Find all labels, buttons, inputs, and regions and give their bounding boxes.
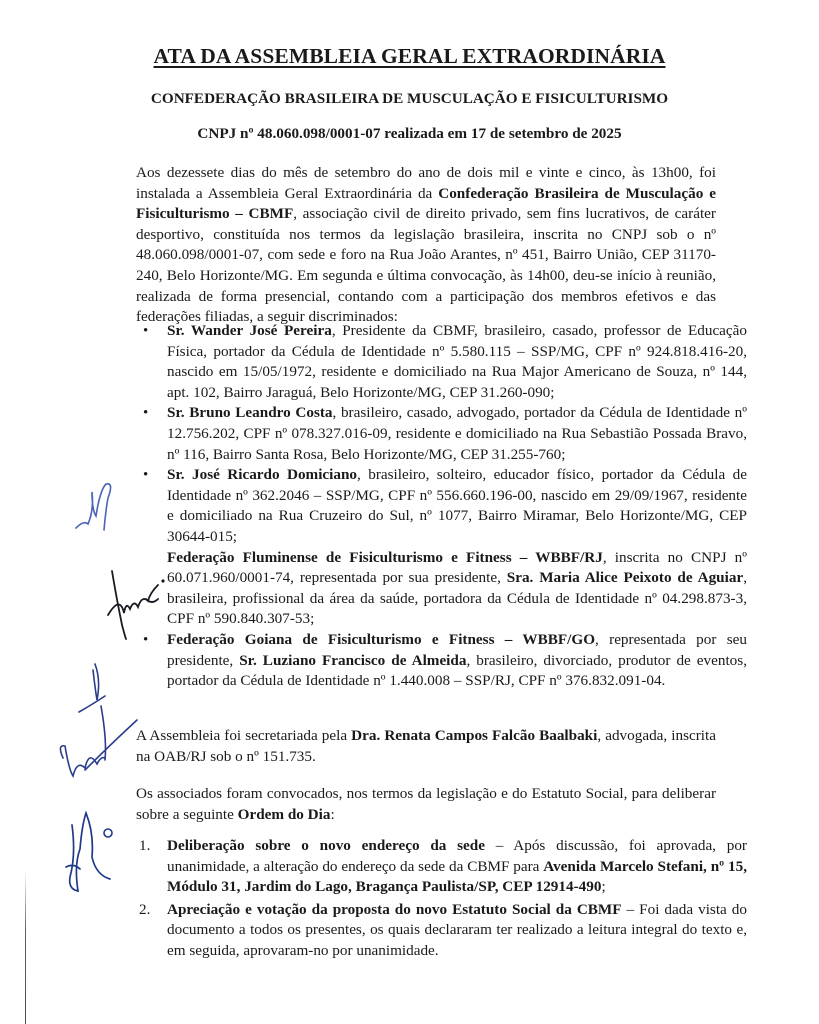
convocation-text: Os associados foram convocados, nos term… <box>136 785 716 823</box>
member-name: Federação Fluminense de Fisiculturismo e… <box>167 549 603 566</box>
member-name: Sr. Wander José Pereira <box>167 322 332 339</box>
signature-initials-icon <box>70 470 130 540</box>
cnpj-date-line: CNPJ nº 48.060.098/0001-07 realizada em … <box>0 125 819 143</box>
convocation-paragraph: Os associados foram convocados, nos term… <box>136 784 716 825</box>
secretary-paragraph: A Assembleia foi secretariada pela Dra. … <box>136 726 716 767</box>
agenda-number: 1. <box>139 836 150 857</box>
representative-name: Sr. Luziano Francisco de Almeida <box>239 652 466 669</box>
agenda-list: 1.Deliberação sobre o novo endereço da s… <box>136 836 747 964</box>
signature-aguiar-icon <box>100 565 170 645</box>
convocation-text: : <box>330 806 334 823</box>
agenda-number: 2. <box>139 900 150 921</box>
list-item: Federação Goiana de Fisiculturismo e Fit… <box>167 630 747 692</box>
list-item: Sr. Bruno Leandro Costa, brasileiro, cas… <box>167 403 747 465</box>
list-item: Federação Fluminense de Fisiculturismo e… <box>167 548 747 630</box>
agenda-heading: Deliberação sobre o novo endereço da sed… <box>167 837 485 854</box>
agenda-heading: Apreciação e votação da proposta do novo… <box>167 901 622 918</box>
document-title: ATA DA ASSEMBLEIA GERAL EXTRAORDINÁRIA <box>0 44 819 69</box>
agenda-text: ; <box>601 878 605 895</box>
member-name: Federação Goiana de Fisiculturismo e Fit… <box>167 631 595 648</box>
member-name: Sr. José Ricardo Domiciano <box>167 466 357 483</box>
members-list: Sr. Wander José Pereira, Presidente da C… <box>136 321 747 692</box>
signature-initials-icon <box>50 805 120 900</box>
agenda-item: 1.Deliberação sobre o novo endereço da s… <box>167 836 747 898</box>
page-edge-shadow <box>25 870 26 1024</box>
agenda-item: 2.Apreciação e votação da proposta do no… <box>167 900 747 962</box>
representative-name: Sra. Maria Alice Peixoto de Aguiar <box>507 569 743 586</box>
organization-name: CONFEDERAÇÃO BRASILEIRA DE MUSCULAÇÃO E … <box>0 90 819 108</box>
member-name: Sr. Bruno Leandro Costa <box>167 404 333 421</box>
secretary-name: Dra. Renata Campos Falcão Baalbaki <box>351 727 597 744</box>
secretary-text: A Assembleia foi secretariada pela <box>136 727 351 744</box>
intro-text-2: , associação civil de direito privado, s… <box>136 205 716 325</box>
list-item: Sr. José Ricardo Domiciano, brasileiro, … <box>167 465 747 547</box>
list-item: Sr. Wander José Pereira, Presidente da C… <box>167 321 747 403</box>
agenda-label: Ordem do Dia <box>238 806 331 823</box>
signature-handwritten-icon <box>45 660 145 790</box>
intro-paragraph: Aos dezessete dias do mês de setembro do… <box>136 163 716 328</box>
